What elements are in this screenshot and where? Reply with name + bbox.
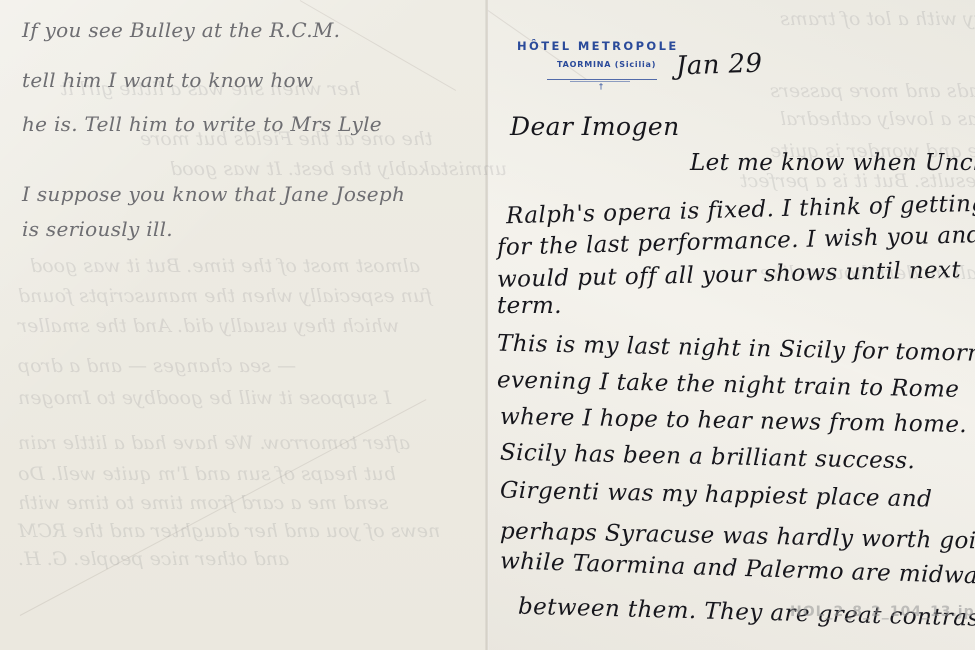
ghost-line: fun especially when the manuscripts foun… — [18, 285, 432, 307]
archive-watermark: HOL_2_8_2_104_13.jp — [790, 604, 975, 620]
postscript-line: If you see Bulley at the R.C.M. — [22, 18, 340, 42]
ghost-line: but heaps of sun and I'm quite well. Do — [18, 463, 396, 485]
letterhead-hotel-name: HÔTEL METROPOLE — [517, 39, 679, 53]
letter-date: Jan 29 — [676, 49, 763, 82]
ghost-line: news of you and her daughter and the RCM — [18, 520, 440, 542]
postscript-line: he is. Tell him to write to Mrs Lyle — [22, 112, 382, 136]
postscript-line: tell him I want to know how — [22, 68, 313, 92]
letterhead-location: TAORMINA (Sicilia) — [557, 60, 656, 69]
postscript-line: I suppose you know that Jane Joseph — [22, 182, 405, 206]
ghost-line: which they usually did. And the smaller — [18, 315, 399, 337]
ghost-line: and other nice people. G. H. — [18, 548, 289, 570]
ghost-line: send me a card from time to time with — [18, 492, 388, 514]
body-line: term. — [497, 293, 562, 319]
ghost-line: street trams with bad roads and more pas… — [770, 80, 975, 102]
letterhead-ornament-icon: † — [599, 82, 603, 91]
ghost-line: — sea changes — and a drop — [18, 355, 296, 377]
ghost-line: putting shape. It has a lovely cathedral — [780, 108, 975, 130]
ghost-line: unmistakably the best. It was good — [170, 158, 507, 180]
ghost-line: after tomorrow. We have had a little rai… — [18, 432, 410, 454]
ghost-line: Palermo was a city with a lot of trams — [780, 8, 975, 30]
postscript-line: is seriously ill. — [22, 217, 173, 241]
page-fold — [485, 0, 489, 650]
body-line: Let me know when Uncle — [690, 150, 975, 176]
ghost-line: I suppose it will be goodbye to Imogen — [18, 387, 391, 409]
ghost-line: almost most of the time. But it was good — [30, 255, 420, 277]
letterhead-rule — [547, 79, 657, 80]
salutation: Dear Imogen — [510, 112, 680, 141]
